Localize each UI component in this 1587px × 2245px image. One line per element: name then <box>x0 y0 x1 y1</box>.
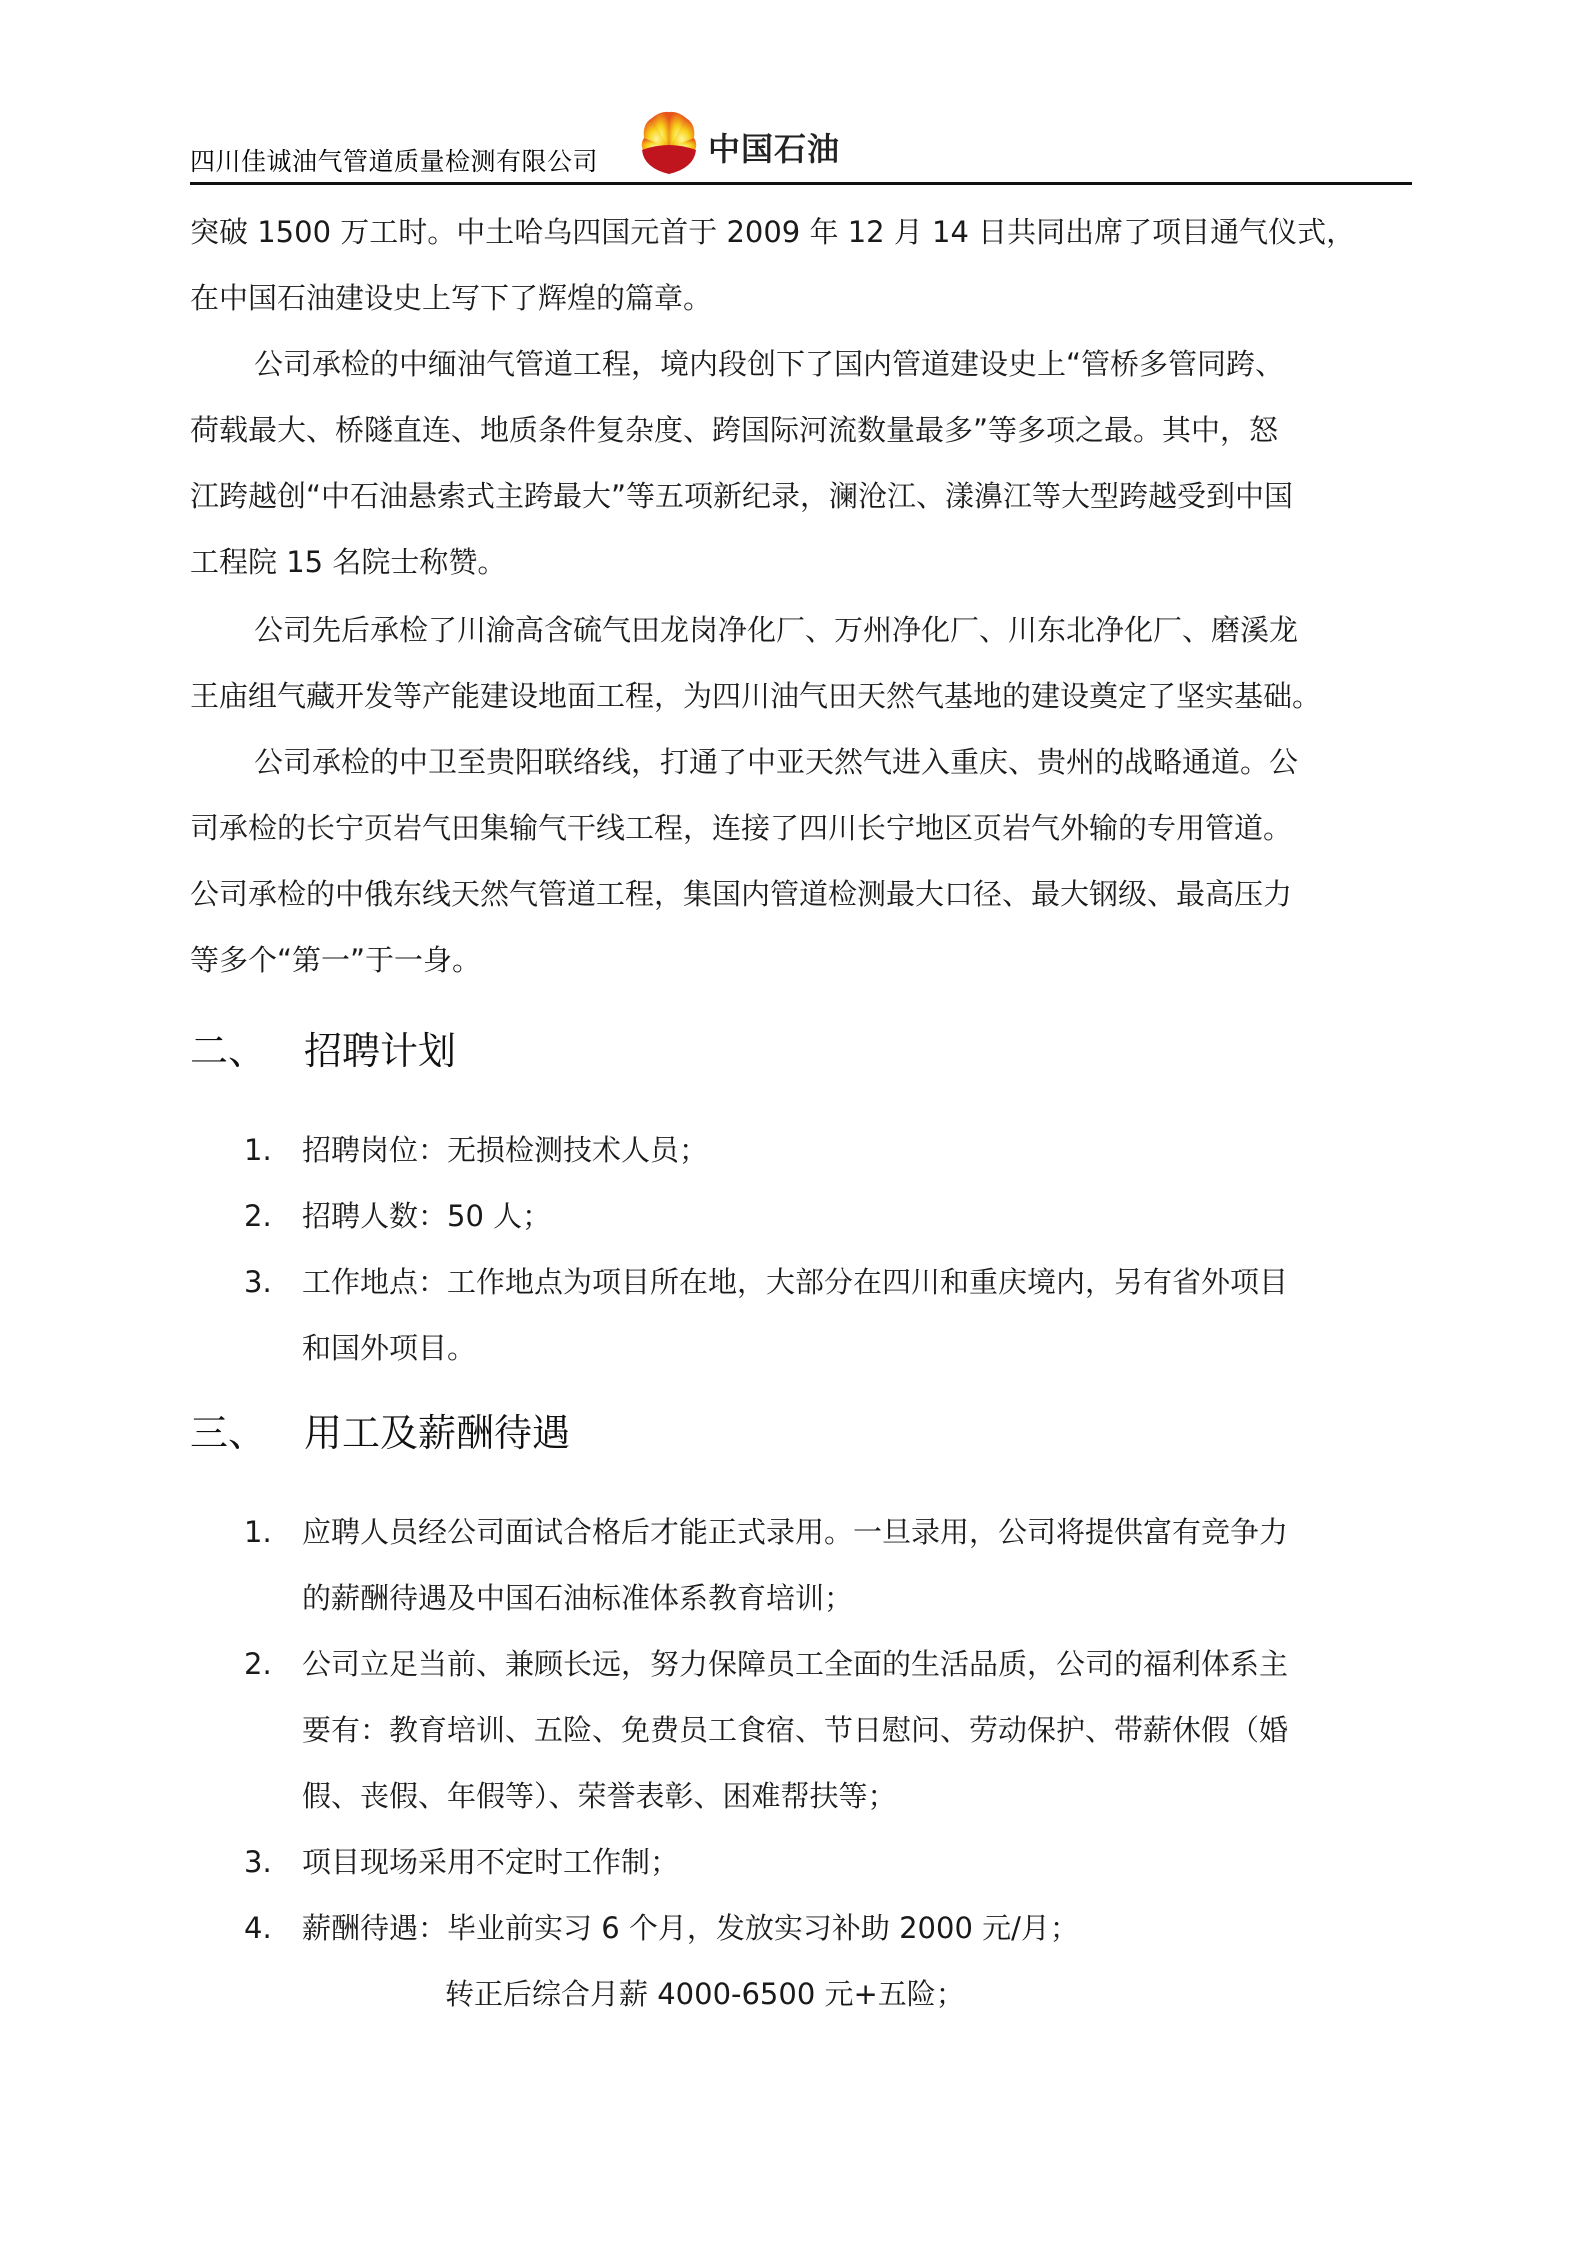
section-heading-recruitment-plan: 二、招聘计划 <box>190 1020 456 1075</box>
paragraph-line: 王庙组气藏开发等产能建设地面工程，为四川油气田天然气基地的建设奠定了坚实基础。 <box>190 676 1321 716</box>
logo-text: 中国石油 <box>708 124 840 170</box>
paragraph-line: 公司先后承检了川渝高含硫气田龙岗净化厂、万州净化厂、川东北净化厂、磨溪龙 <box>254 610 1298 650</box>
list-item-continuation: 的薪酬待遇及中国石油标准体系教育培训； <box>302 1578 853 1618</box>
petrochina-logo: 中国石油 <box>638 110 878 176</box>
paragraph-line: 公司承检的中缅油气管道工程，境内段创下了国内管道建设史上“管桥多管同跨、 <box>254 344 1284 384</box>
page-header: 四川佳诚油气管道质量检测有限公司 中国石油 <box>190 110 1412 185</box>
paragraph-line: 公司承检的中俄东线天然气管道工程，集国内管道检测最大口径、最大钢级、最高压力 <box>190 874 1292 914</box>
list-item: 2.公司立足当前、兼顾长远，努力保障员工全面的生活品质，公司的福利体系主 <box>244 1644 1288 1684</box>
list-item: 1.招聘岗位：无损检测技术人员； <box>244 1130 708 1170</box>
paragraph-line: 公司承检的中卫至贵阳联络线，打通了中亚天然气进入重庆、贵州的战略通道。公 <box>254 742 1298 782</box>
list-item: 3.项目现场采用不定时工作制； <box>244 1842 679 1882</box>
list-item-continuation: 和国外项目。 <box>302 1328 476 1368</box>
paragraph-line: 司承检的长宁页岩气田集输气干线工程，连接了四川长宁地区页岩气外输的专用管道。 <box>190 808 1292 848</box>
paragraph-line: 等多个“第一”于一身。 <box>190 940 481 980</box>
list-item: 1.应聘人员经公司面试合格后才能正式录用。一旦录用，公司将提供富有竞争力 <box>244 1512 1288 1552</box>
salary-after-probation: 转正后综合月薪 4000-6500 元+五险； <box>445 1974 965 2014</box>
section-number: 三、 <box>190 1402 304 1457</box>
company-name: 四川佳诚油气管道质量检测有限公司 <box>190 142 598 178</box>
paragraph-line: 突破 1500 万工时。中土哈乌四国元首于 2009 年 12 月 14 日共同… <box>190 212 1355 252</box>
section-heading-employment-salary: 三、用工及薪酬待遇 <box>190 1402 570 1457</box>
paragraph-line: 在中国石油建设史上写下了辉煌的篇章。 <box>190 278 712 318</box>
list-item-continuation: 假、丧假、年假等）、荣誉表彰、困难帮扶等； <box>302 1776 897 1816</box>
list-item: 4.薪酬待遇：毕业前实习 6 个月，发放实习补助 2000 元/月； <box>244 1908 1079 1948</box>
list-item-continuation: 要有：教育培训、五险、免费员工食宿、节日慰问、劳动保护、带薪休假（婚 <box>302 1710 1288 1750</box>
list-item: 2.招聘人数：50 人； <box>244 1196 551 1236</box>
list-item: 3.工作地点：工作地点为项目所在地，大部分在四川和重庆境内，另有省外项目 <box>244 1262 1288 1302</box>
paragraph-line: 江跨越创“中石油悬索式主跨最大”等五项新纪录，澜沧江、漾濞江等大型跨越受到中国 <box>190 476 1293 516</box>
petrochina-sunflower-icon <box>638 110 700 176</box>
section-title: 用工及薪酬待遇 <box>304 1411 570 1455</box>
section-title: 招聘计划 <box>304 1029 456 1073</box>
section-number: 二、 <box>190 1020 304 1075</box>
paragraph-line: 荷载最大、桥隧直连、地质条件复杂度、跨国际河流数量最多”等多项之最。其中，怒 <box>190 410 1278 450</box>
paragraph-line: 工程院 15 名院士称赞。 <box>190 542 506 582</box>
